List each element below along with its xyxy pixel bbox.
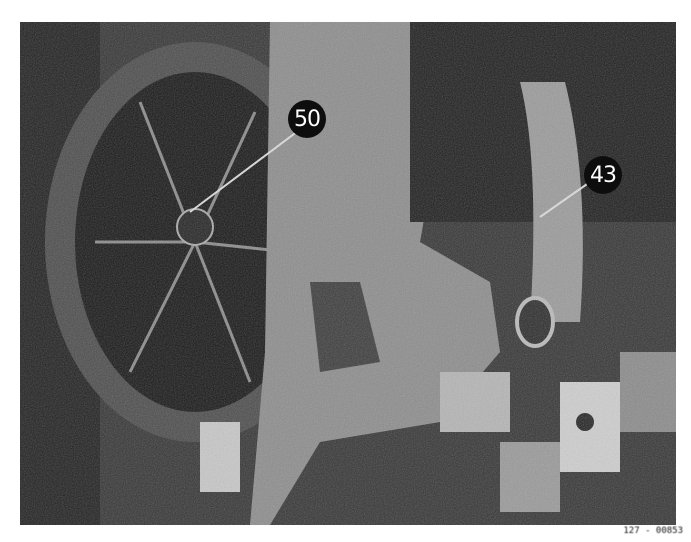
callout-label: 50 [294,107,320,132]
callout-43: 43 [584,156,622,194]
callout-50: 50 [288,100,326,138]
photograph [20,22,676,525]
mechanical-scene [20,22,676,525]
reference-code: 127 - 00853 [623,526,683,536]
callout-label: 43 [590,163,616,188]
